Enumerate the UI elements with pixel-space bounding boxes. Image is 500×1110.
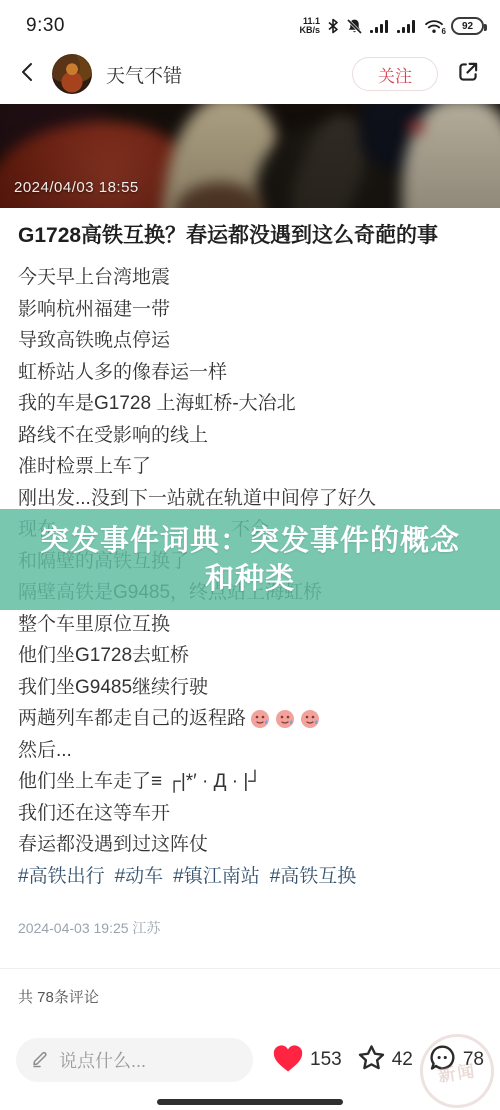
signal-sim2-icon [397,19,417,34]
hashtag[interactable]: #高铁互换 [270,866,357,887]
post-line: 导致高铁晚点停运 [18,325,482,357]
like-count: 153 [310,1049,342,1071]
like-button[interactable]: 153 [271,1042,342,1079]
app-screen: 9:30 11.1 KB/s [0,0,500,1110]
caption-overlay-band: 突发事件词典：突发事件的概念和种类 [0,509,500,610]
sweat-face-emoji [249,708,271,730]
comment-input[interactable]: 说点什么... [16,1038,253,1082]
collect-count: 42 [392,1049,413,1071]
username[interactable]: 天气不错 [106,61,182,88]
post-title: G1728高铁互换？春运都没遇到这么奇葩的事 [18,222,482,250]
wifi6-label: 6 [442,27,446,36]
avatar[interactable] [52,54,92,94]
wifi-icon: 6 [424,19,444,34]
back-button[interactable] [16,60,44,88]
post-date-location: 2024-04-03 19:25 江苏 [18,918,482,938]
post-line: 我们还在这等车开 [18,798,482,830]
star-icon [356,1043,387,1078]
collect-button[interactable]: 42 [356,1043,413,1078]
post-line: 我的车是G1728 上海虹桥-大冶北 [18,388,482,420]
post-line: 影响杭州福建一带 [18,294,482,326]
post-line: 他们坐上车走了≡ ┌|*′ · Д · |┘ [18,766,482,798]
post-header: 天气不错 关注 [0,46,500,102]
pencil-icon [30,1048,50,1073]
hashtag[interactable]: #高铁出行 [18,866,105,887]
heart-icon [271,1042,305,1079]
battery-icon: 92 [451,17,484,35]
network-speed: 11.1 KB/s [299,17,320,35]
post-line: 他们坐G1728去虹桥 [18,640,482,672]
home-indicator[interactable] [157,1099,343,1105]
post-line: 然后... [18,735,482,767]
battery-percent: 92 [462,21,473,32]
clock: 9:30 [26,15,65,37]
follow-button[interactable]: 关注 [352,57,438,91]
post-line: 整个车里原位互换 [18,609,482,641]
post-photo[interactable]: 2024/04/03 18:55 [0,104,500,208]
share-button[interactable] [452,58,484,90]
post-line: 春运都没遇到过这阵仗 [18,829,482,861]
post-line: 准时检票上车了 [18,451,482,483]
share-icon [455,59,481,90]
comments-count-header: 共 78条评论 [0,969,500,1007]
caption-overlay-text: 突发事件词典：突发事件的概念和种类 [35,522,465,598]
post-line: 今天早上台湾地震 [18,262,482,294]
sweat-face-emoji [274,708,296,730]
sweat-face-emoji [299,708,321,730]
post-line: 路线不在受影响的线上 [18,420,482,452]
bell-muted-icon [346,18,363,35]
hashtag[interactable]: #镇江南站 [173,866,260,887]
bluetooth-icon [327,18,339,34]
post-line-with-emoji: 两趟列车都走自己的返程路 [18,703,482,735]
photo-timestamp: 2024/04/03 18:55 [14,179,139,196]
post-line: 我们坐G9485继续行驶 [18,672,482,704]
back-chevron-icon [16,60,40,89]
hashtag-row: #高铁出行#动车#镇江南站#高铁互换 [18,861,482,893]
signal-sim1-icon [370,19,390,34]
status-bar: 9:30 11.1 KB/s [0,0,500,46]
hashtag[interactable]: #动车 [115,866,164,887]
comment-placeholder: 说点什么... [59,1047,146,1073]
post-line: 虹桥站人多的像春运一样 [18,357,482,389]
